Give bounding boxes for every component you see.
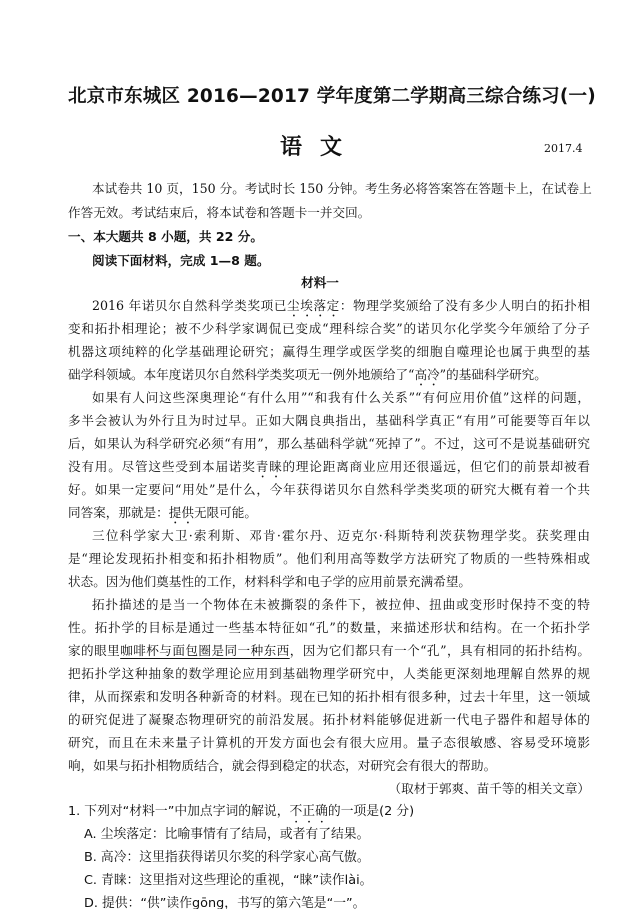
exam-page: 北京市东城区 2016—2017 学年度第二学期高三综合练习(一) 语文 201… (0, 0, 640, 909)
paragraph-1-line: 机器这项纯粹的化学基础理论研究；赢得生理学或医学奖的细胞自噬理论也属于典型的基 (68, 343, 590, 361)
paragraph-2-line: 好。如果一定要问“用处”是什么，今年获得诺贝尔自然科学类奖项的研究大概有着一个共 (68, 481, 590, 499)
paragraph-2-line: 后，如果认为科学研究必须“有用”，那么基础科学就“死掉了”。不过，这可不是说基础… (68, 435, 590, 453)
instructions-line-1: 本试卷共 10 页，150 分。考试时长 150 分钟。考生务必将答案答在答题卡… (92, 180, 590, 198)
section-directions: 阅读下面材料，完成 1—8 题。 (92, 252, 590, 270)
exam-date: 2017.4 (544, 142, 583, 155)
text: 家的眼里 (68, 643, 120, 658)
paragraph-4-line: 研究，而且在未来量子计算机的开发方面也会有很大应用。量子态很敏感、容易受环境影 (68, 734, 590, 752)
question-1-option-a: A. 尘埃落定：比喻事情有了结局，或者有了结果。 (84, 826, 606, 844)
paragraph-4-line: 响，如果与拓扑相物质结合，就会得到稳定的状态，对研究会有很大的帮助。 (68, 757, 590, 775)
material-title: 材料一 (0, 274, 640, 292)
paragraph-4-line: 的研究促进了凝聚态物理研究的前沿发展。拓扑材料能够促进新一代电子器件和超导体的 (68, 711, 590, 729)
text: 1. 下列对“材料一”中加点字词的解说， (68, 804, 290, 819)
text: ，因为它们都只有一个“孔”，具有相同的拓扑结构。 (290, 643, 590, 658)
dotted-term: 青睐 (256, 459, 283, 474)
paragraph-2-line: 如果有人问这些深奥理论“有什么用”“和我有什么关系”“有何应用价值”这样的问题， (92, 389, 590, 407)
paragraph-1-line: 础学科领域。本年度诺贝尔自然科学类奖项无一例外地颁给了“高冷”的基础科学研究。 (68, 366, 590, 389)
dotted-term: 尘埃落定 (287, 298, 340, 313)
question-1-option-c: C. 青睐：这里指对这些理论的重视，“睐”读作lài。 (84, 872, 606, 890)
paragraph-1-line: 2016 年诺贝尔自然科学类奖项已尘埃落定：物理学奖颁给了没有多少人明白的拓扑相 (92, 297, 590, 320)
source-citation: （取材于郭爽、苗千等的相关文章） (68, 780, 590, 798)
dotted-term: 不正确 (290, 804, 328, 819)
paragraph-1-line: 变和拓扑相理论；被不少科学家调侃已变成“理科综合奖”的诺贝尔化学奖今年颁给了分子 (68, 320, 590, 338)
paragraph-3-line: 状态。因为他们奠基性的工作，材料科学和电子学的应用前景充满希望。 (68, 573, 590, 591)
section-heading: 一、本大题共 8 小题，共 22 分。 (68, 228, 590, 246)
dotted-term: 高冷 (414, 367, 439, 382)
text: ：物理学奖颁给了没有多少人明白的拓扑相 (340, 298, 590, 313)
question-1-stem: 1. 下列对“材料一”中加点字词的解说，不正确的一项是(2 分) (68, 803, 590, 826)
paragraph-2-line: 没有用。尽管这些受到本届诺奖青睐的理论距离商业应用还很遥远，但它们的前景却被看 (68, 458, 590, 481)
exam-title: 北京市东城区 2016—2017 学年度第二学期高三综合练习(一) (68, 82, 588, 108)
paragraph-2-line: 多半会被认为外行且为时过早。正如大隅良典指出，基础科学真正“有用”可能要等百年以 (68, 412, 590, 430)
paragraph-4-line: 性。拓扑学的目标是通过一些基本特征如“孔”的数量，来描述形状和结构。在一个拓扑学 (68, 619, 590, 637)
instructions-line-2: 作答无效。考试结束后，将本试卷和答题卡一并交回。 (68, 204, 590, 222)
underlined-sentence: 咖啡杯与面包圈是同一种东西 (120, 643, 290, 658)
question-1-option-b: B. 高冷：这里指获得诺贝尔奖的科学家心高气傲。 (84, 849, 606, 867)
paragraph-3-line: 三位科学家大卫·索利斯、邓肯·霍尔丹、迈克尔·科斯特利茨获物理学奖。获奖理由 (92, 527, 590, 545)
text: 础学科领域。本年度诺贝尔自然科学类奖项无一例外地颁给了“ (68, 367, 414, 382)
text: 同答案，那就是： (68, 505, 169, 520)
text: 无限可能。 (194, 505, 257, 520)
paragraph-4-line: 律，从而探索和发明各种新奇的材料。现在已知的拓扑相有很多种，过去十年里，这一领域 (68, 688, 590, 706)
paragraph-4-line: 把拓扑学这种抽象的数学理论应用到基础物理学研究中，人类能更深刻地理解自然界的规 (68, 665, 590, 683)
paragraph-3-line: 是“理论发现拓扑相变和拓扑相物质”。他们利用高等数学方法研究了物质的一些特殊相或 (68, 550, 590, 568)
text: 2016 年诺贝尔自然科学类奖项已 (92, 298, 287, 313)
paragraph-4-line: 家的眼里咖啡杯与面包圈是同一种东西，因为它们都只有一个“孔”，具有相同的拓扑结构… (68, 642, 590, 660)
dotted-term: 提供 (169, 505, 194, 520)
question-1-option-d: D. 提供：“供”读作gōng，书写的第六笔是“一”。 (84, 895, 606, 909)
paragraph-2-line: 同答案，那就是：提供无限可能。 (68, 504, 590, 527)
text: 的一项是(2 分) (328, 804, 414, 819)
text: ”的基础科学研究。 (440, 367, 547, 382)
text: 的理论距离商业应用还很遥远，但它们的前景却被看 (283, 459, 591, 474)
paragraph-4-line: 拓扑描述的是当一个物体在未被撕裂的条件下，被拉伸、扭曲或变形时保持不变的特 (92, 596, 590, 614)
text: 没有用。尽管这些受到本届诺奖 (68, 459, 256, 474)
